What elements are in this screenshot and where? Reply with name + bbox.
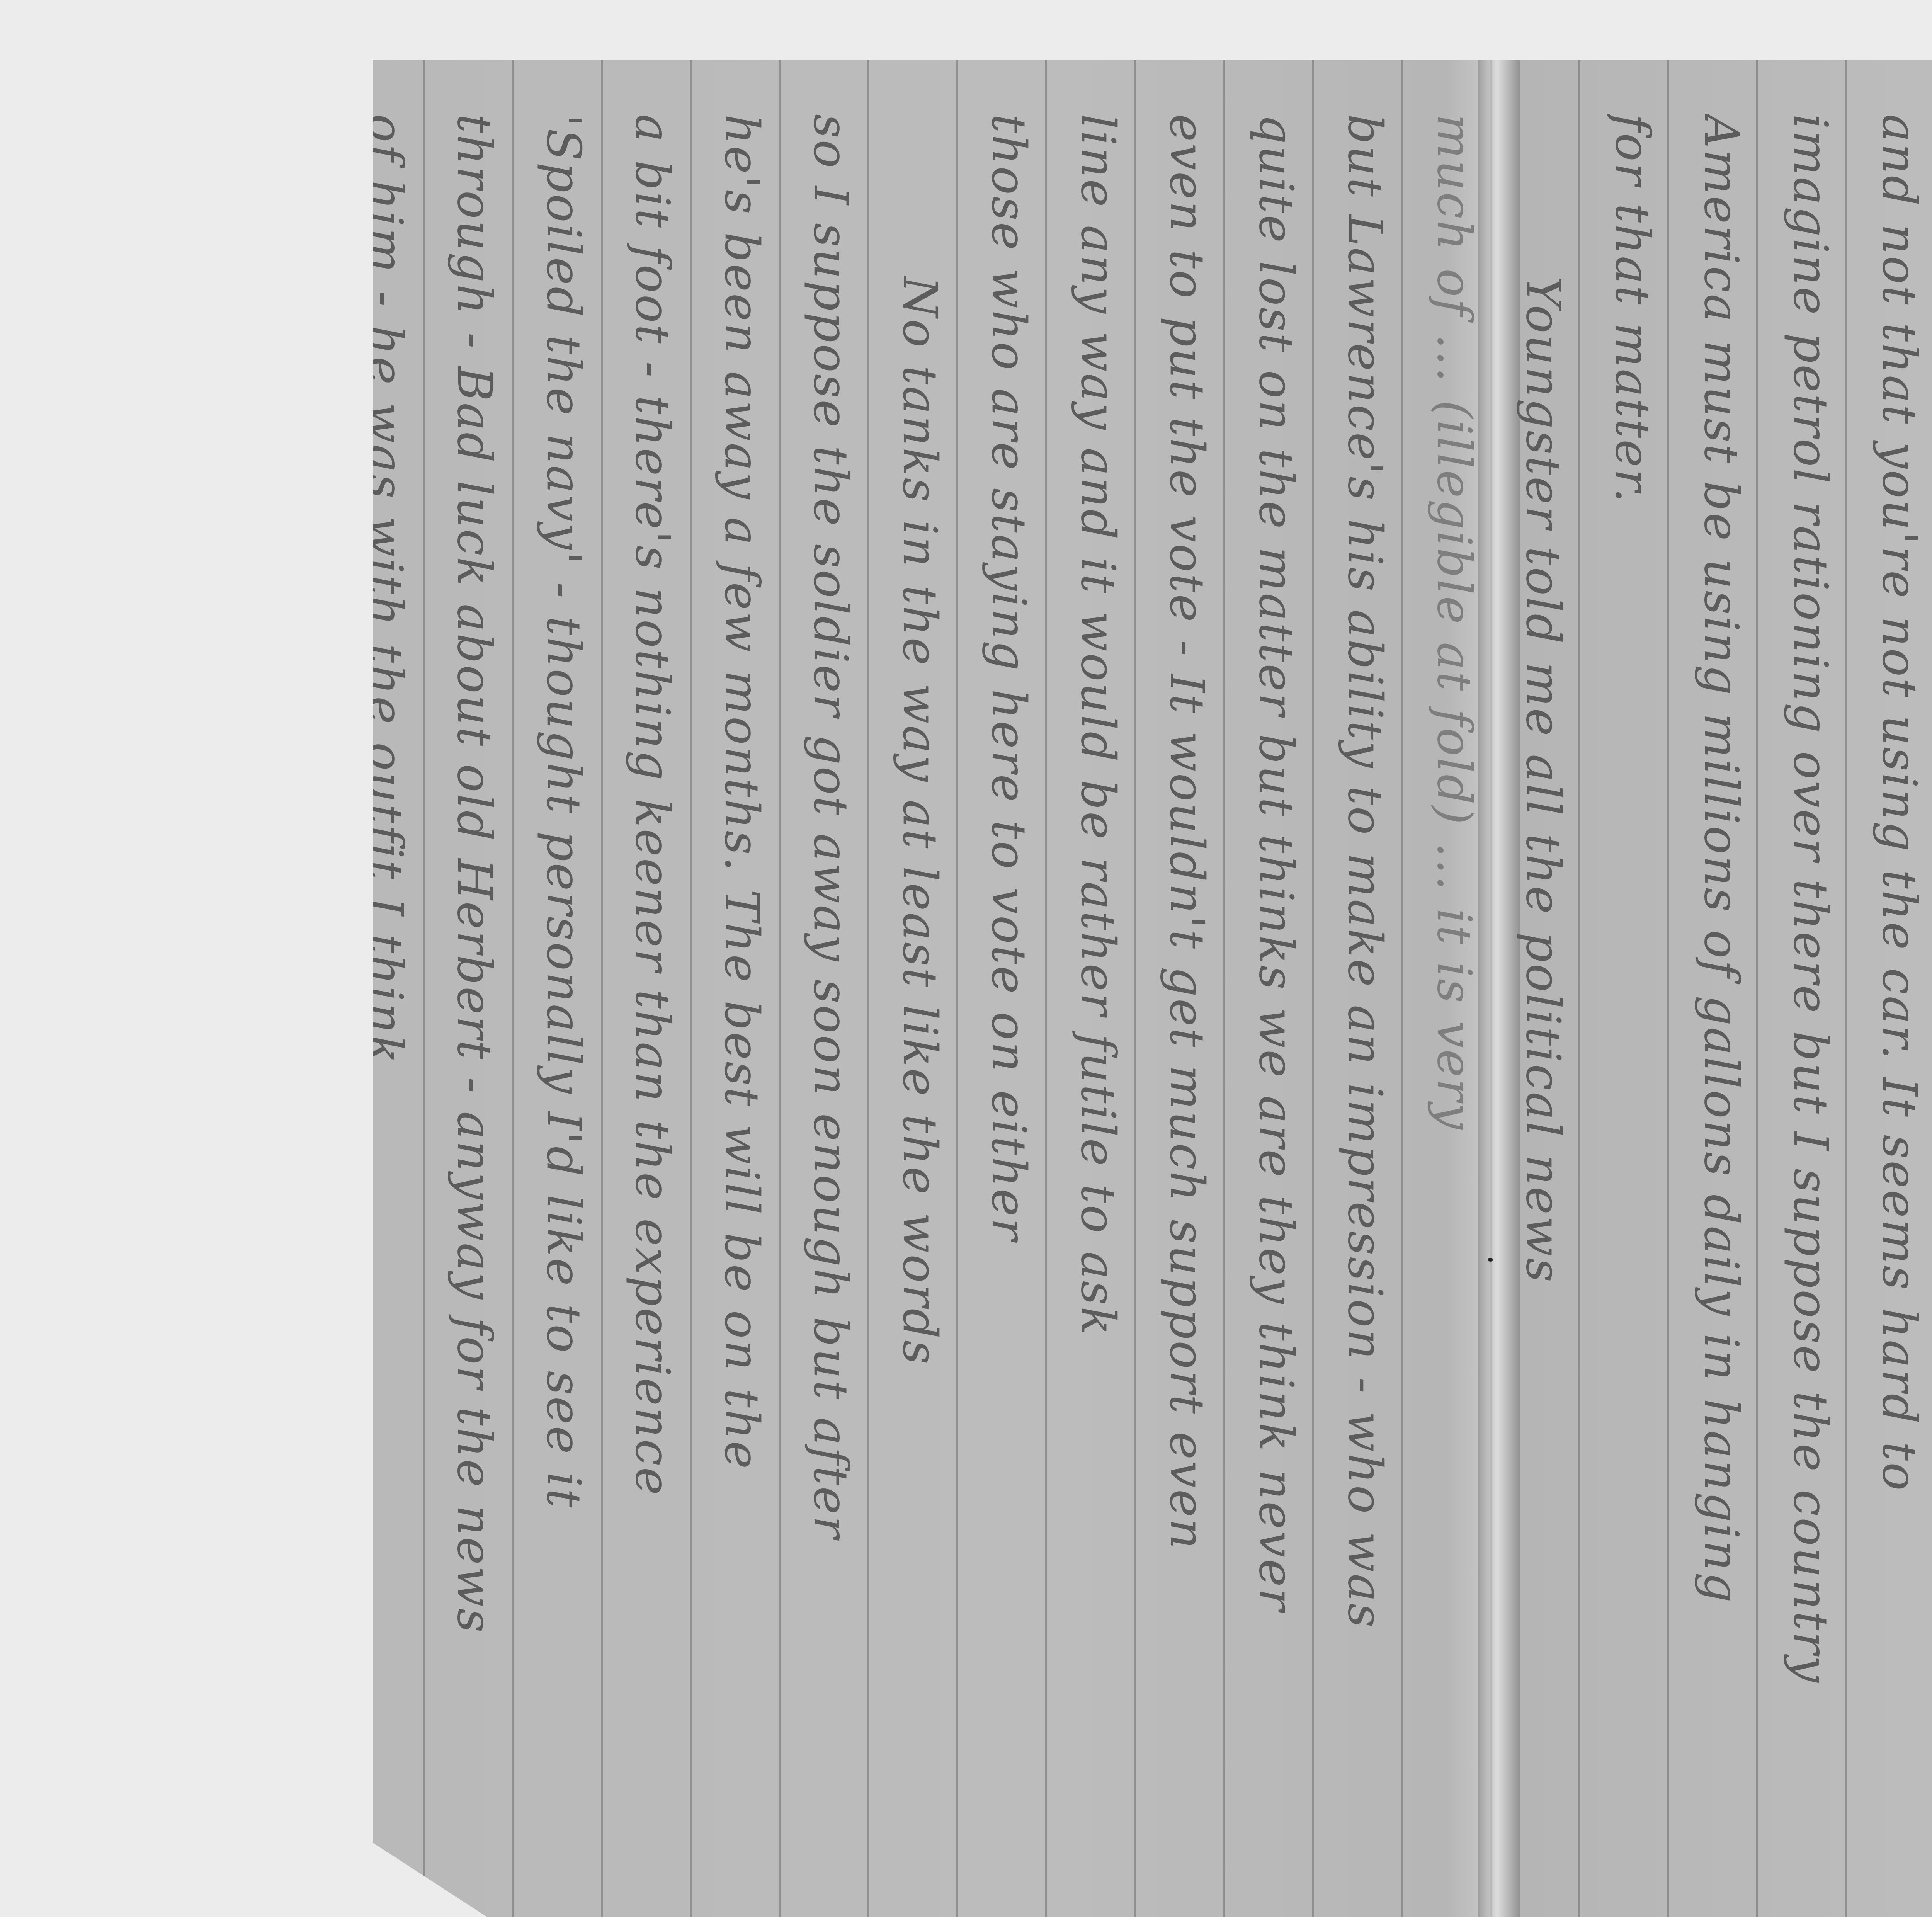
letter-line: quite lost on the matter but thinks we a…: [1232, 114, 1321, 1840]
letter-line: No tanks in the way at least like the wo…: [876, 114, 965, 1840]
letter-line: for that matter.: [1588, 114, 1677, 1840]
letter-line: even to put the vote - It wouldn't get m…: [1143, 114, 1232, 1840]
letter-line: he's been away a few months. The best wi…: [697, 114, 787, 1840]
scanned-document: he also brought a quantity of tinned fru…: [0, 0, 1932, 1917]
letter-line: Well thanks for the present - and parcel: [252, 114, 341, 1840]
signature: Max: [74, 114, 163, 1840]
letter-line: 'Spoiled the navy' - thought personally …: [519, 114, 609, 1840]
letter-line: imagine petrol rationing over there but …: [1766, 114, 1855, 1840]
letter-line: America must be using millions of gallon…: [1677, 114, 1766, 1840]
letter-line: through - Bad luck about old Herbert - a…: [430, 114, 519, 1840]
handwritten-text: he also brought a quantity of tinned fru…: [373, 60, 1932, 1917]
letter-line: much of ... (illegible at fold) ... it i…: [1410, 114, 1499, 1840]
letter-page: he also brought a quantity of tinned fru…: [373, 60, 1932, 1917]
letter-line: a bit foot - there's nothing keener than…: [608, 114, 697, 1840]
letter-line: of him - he was with the outfit I think: [341, 114, 430, 1840]
letter-line: those who are staying here to vote on ei…: [964, 114, 1054, 1840]
letter-line: so I suppose the soldier got away soon e…: [786, 114, 876, 1840]
letter-line: but Lawrence's his ability to make an im…: [1321, 114, 1410, 1840]
letter-line: Regards to all - Your loving son: [163, 114, 252, 1840]
letter-line: and not that you're not using the car. I…: [1855, 114, 1932, 1840]
letter-line: line any way and it would be rather futi…: [1054, 114, 1143, 1840]
letter-line: Youngster told me all the political news: [1499, 114, 1588, 1840]
